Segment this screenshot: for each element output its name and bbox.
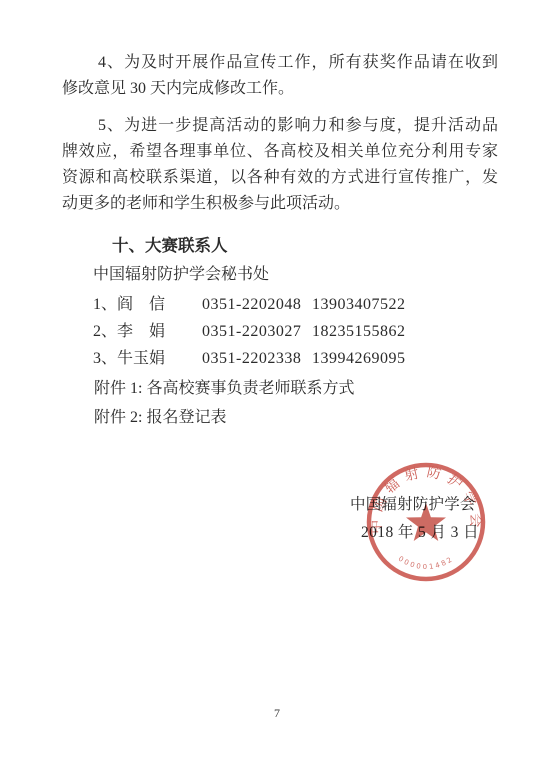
contact-office-phone: 0351-2202338	[202, 345, 312, 372]
attachment-2: 附件 2: 报名登记表	[62, 403, 498, 432]
contact-name: 1、阎 信	[93, 291, 202, 318]
page-number: 7	[0, 706, 554, 721]
contact-row: 3、牛玉娟0351-220233813994269095	[62, 345, 498, 372]
paragraph-4: 4、为及时开展作品宣传工作，所有获奖作品请在收到 修改意见 30 天内完成修改工…	[62, 50, 498, 102]
paragraph-5-line-4: 动更多的老师和学生积极参与此项活动。	[62, 191, 498, 217]
contact-mobile-phone: 13994269095	[312, 345, 406, 372]
attachment-1: 附件 1: 各高校赛事负责老师联系方式	[62, 374, 498, 403]
paragraph-5-line-1: 5、为进一步提高活动的影响力和参与度，提升活动品	[62, 113, 498, 139]
official-seal: 中国辐射防护学会 1100000148243	[346, 450, 506, 590]
contact-list: 1、阎 信0351-220204813903407522 2、李 娟0351-2…	[62, 291, 498, 372]
paragraph-5-line-2: 牌效应，希望各理事单位、各高校及相关单位充分利用专家	[62, 139, 498, 165]
paragraph-4-line-1: 4、为及时开展作品宣传工作，所有获奖作品请在收到	[62, 50, 498, 76]
contact-mobile-phone: 13903407522	[312, 291, 406, 318]
contact-row: 2、李 娟0351-220302718235155862	[62, 318, 498, 345]
contact-name: 3、牛玉娟	[93, 345, 202, 372]
contact-row: 1、阎 信0351-220204813903407522	[62, 291, 498, 318]
contact-name: 2、李 娟	[93, 318, 202, 345]
contact-mobile-phone: 18235155862	[312, 318, 406, 345]
document-body: 4、为及时开展作品宣传工作，所有获奖作品请在收到 修改意见 30 天内完成修改工…	[62, 50, 498, 432]
contact-office-phone: 0351-2203027	[202, 318, 312, 345]
section-heading: 十、大赛联系人	[62, 232, 498, 259]
paragraph-5-line-3: 资源和高校联系渠道，以各种有效的方式进行宣传推广，发	[62, 165, 498, 191]
paragraph-4-line-2: 修改意见 30 天内完成修改工作。	[62, 76, 498, 102]
paragraph-5: 5、为进一步提高活动的影响力和参与度，提升活动品 牌效应，希望各理事单位、各高校…	[62, 113, 498, 217]
secretariat-line: 中国辐射防护学会秘书处	[62, 261, 498, 288]
attachment-list: 附件 1: 各高校赛事负责老师联系方式 附件 2: 报名登记表	[62, 374, 498, 432]
document-page: 4、为及时开展作品宣传工作，所有获奖作品请在收到 修改意见 30 天内完成修改工…	[0, 0, 554, 761]
seal-star-icon	[406, 503, 446, 541]
contact-office-phone: 0351-2202048	[202, 291, 312, 318]
